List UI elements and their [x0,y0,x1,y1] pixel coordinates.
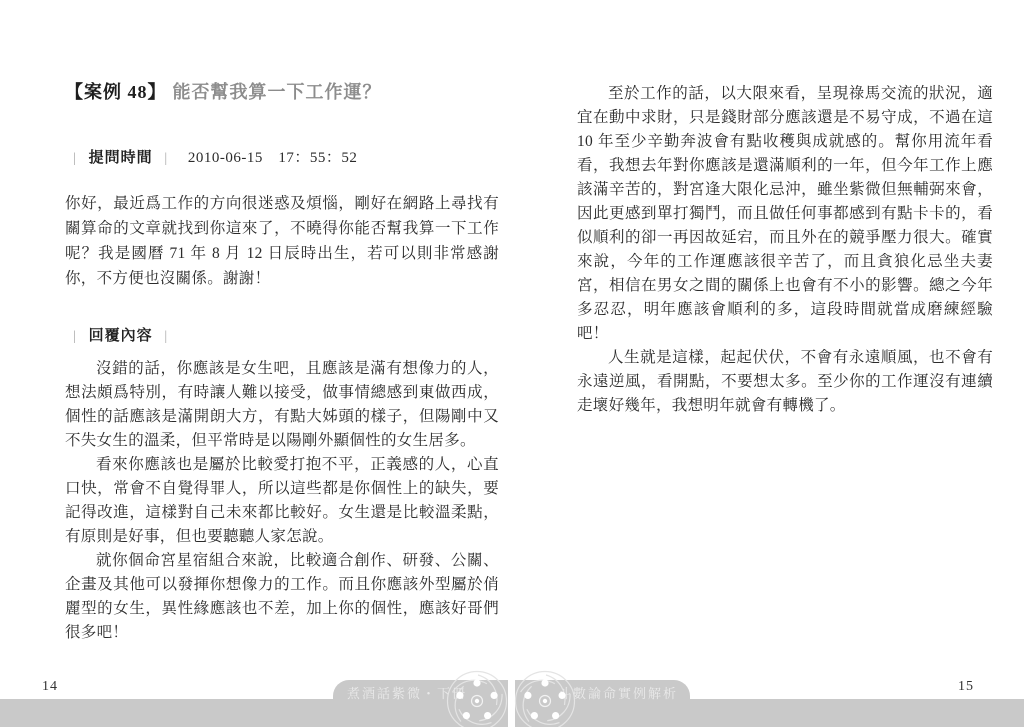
case-title: 【案例 48】能否幫我算一下工作運？ [65,78,382,104]
separator-bar: | [164,329,168,344]
reply-paragraph: 就你個命宮星宿組合來說，比較適合創作、研發、公關、企畫及其他可以發揮你想像力的工… [65,549,499,645]
page-number-left: 14 [42,679,58,695]
pinwheel-icon [513,669,577,727]
page-number-right: 15 [958,679,974,695]
case-title-text: 能否幫我算一下工作運？ [173,82,382,102]
pinwheel-icon [445,669,509,727]
question-time-row: | 提問時間 | 2010-06-15 17：55：52 [66,146,357,167]
case-number-label: 【案例 48】 [65,82,167,102]
question-section: 你好，最近爲工作的方向很迷惑及煩惱，剛好在網路上尋找有關算命的文章就找到你這來了… [65,191,499,291]
question-time-label: 提問時間 [89,150,153,166]
reply-continued-section: 至於工作的話，以大限來看，呈現祿馬交流的狀況，適宜在動中求財，只是錢財部分應該還… [577,82,993,418]
separator-bar: | [73,151,77,166]
reply-label-row: | 回覆內容 | [66,324,175,345]
book-spread: 【案例 48】能否幫我算一下工作運？ | 提問時間 | 2010-06-15 1… [0,0,1024,727]
closing-paragraph: 人生就是這樣，起起伏伏，不會有永遠順風，也不會有永遠逆風，看開點，不要想太多。至… [577,346,993,418]
separator-bar: | [73,329,77,344]
reply-paragraph: 沒錯的話，你應該是女生吧，且應該是滿有想像力的人，想法頗爲特別，有時讓人難以接受… [65,357,499,453]
reply-section: 沒錯的話，你應該是女生吧，且應該是滿有想像力的人，想法頗爲特別，有時讓人難以接受… [65,357,499,645]
question-time-value: 2010-06-15 17：55：52 [188,150,358,166]
question-paragraph: 你好，最近爲工作的方向很迷惑及煩惱，剛好在網路上尋找有關算命的文章就找到你這來了… [65,191,499,291]
separator-bar: | [164,151,168,166]
reply-paragraph-continued: 至於工作的話，以大限來看，呈現祿馬交流的狀況，適宜在動中求財，只是錢財部分應該還… [577,82,993,346]
reply-label: 回覆內容 [89,328,153,344]
reply-paragraph: 看來你應該也是屬於比較愛打抱不平，正義感的人，心直口快，常會不自覺得罪人，所以這… [65,453,499,549]
